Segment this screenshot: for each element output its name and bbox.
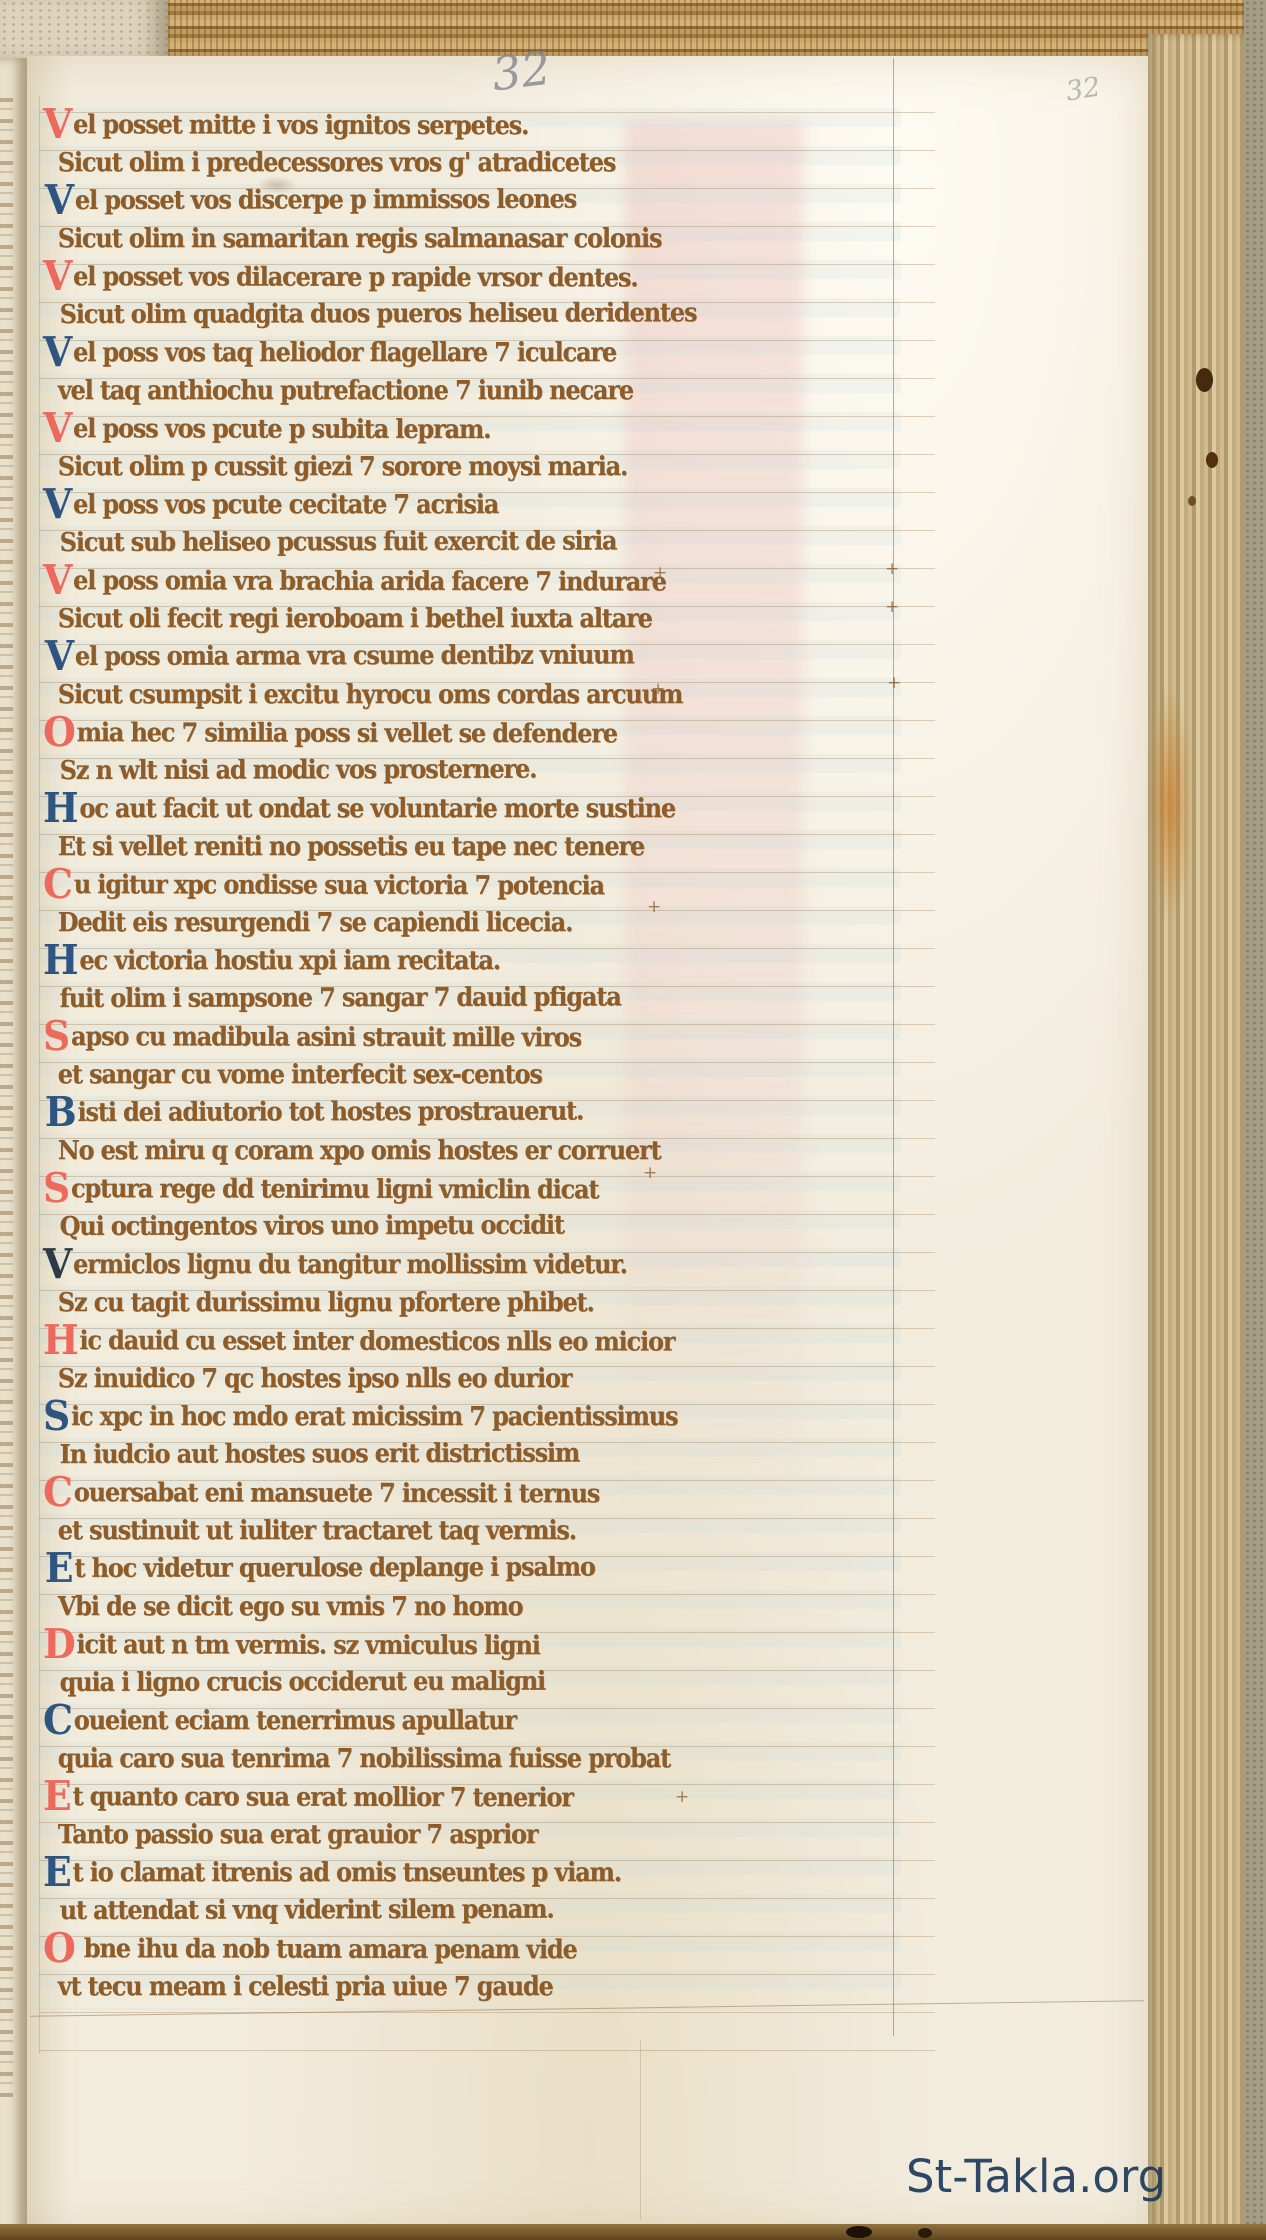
manuscript-line: Sz n wlt nisi ad modic vos prosternere. <box>45 750 855 790</box>
versal-initial: E <box>43 1781 71 1811</box>
versal-initial: H <box>43 793 78 823</box>
line-text: et sustinuit ut iuliter tractaret taq ve… <box>58 1516 576 1546</box>
versal-initial: O <box>43 1933 75 1963</box>
line-text: Vbi de se dicit ego su vmis 7 no homo <box>58 1592 523 1622</box>
line-text: In iudcio aut hostes suos erit districti… <box>60 1438 580 1469</box>
versal-initial: H <box>43 1325 78 1355</box>
line-text: Sicut olim quadgita duos pueros heliseu … <box>60 298 697 330</box>
manuscript-line: Hec victoria hostiu xpi iam recitata. <box>43 942 853 980</box>
versal-initial: S <box>43 1401 69 1431</box>
versal-initial: D <box>43 1629 75 1659</box>
manuscript-line: Couersabat eni mansuete 7 incessit i ter… <box>43 1474 853 1514</box>
page-number-corner: 32 <box>1064 72 1103 108</box>
manuscript-line: et sustinuit ut iuliter tractaret taq ve… <box>43 1512 853 1550</box>
manuscript-line: Sicut csumpsit i excitu hyrocu oms corda… <box>43 676 853 714</box>
manuscript-line: Vel posset vos dilacerare p rapide vrsor… <box>43 258 853 298</box>
line-text: Sz n wlt nisi ad modic vos prosternere. <box>60 755 537 786</box>
line-text: apso cu madibula asini strauit mille vir… <box>71 1022 581 1053</box>
manuscript-line: Et io clamat itrenis ad omis tnseuntes p… <box>43 1854 853 1892</box>
manuscript-line: Tanto passio sua erat grauior 7 asprior <box>43 1816 853 1854</box>
line-text: ermiclos lignu du tangitur mollissim vid… <box>73 1250 627 1280</box>
line-text: vt tecu meam i celesti pria uiue 7 gaude <box>58 1972 553 2002</box>
line-text: isti dei adiutorio tot hostes prostrauer… <box>77 1096 583 1127</box>
manuscript-line: Sz inuidico 7 qc hostes ipso nlls eo dur… <box>43 1360 853 1398</box>
manuscript-line: fuit olim i sampsone 7 sangar 7 dauid pf… <box>45 978 855 1018</box>
bottom-edge-dark-spot <box>918 2228 932 2238</box>
versal-initial: V <box>43 1249 71 1279</box>
manuscript-text: Vel posset mitte i vos ignitos serpetes.… <box>43 106 923 2006</box>
manuscript-line: vel taq anthiochu putrefactione 7 iunib … <box>43 372 853 410</box>
line-text: Sicut olim i predecessores vros g' atrad… <box>58 148 615 178</box>
page-number-center: 32 <box>489 41 554 102</box>
versal-initial: H <box>43 945 78 975</box>
manuscript-line: Dicit aut n tm vermis. sz vmiculus ligni <box>43 1626 853 1666</box>
manuscript-line: No est miru q coram xpo omis hostes er c… <box>43 1132 853 1170</box>
versal-initial: C <box>43 1705 72 1735</box>
manuscript-line: Vel poss vos pcute p subita lepram. <box>43 410 853 450</box>
manuscript-line: ut attendat si vnq viderint silem penam. <box>45 1890 855 1930</box>
line-text: oc aut facit ut ondat se voluntarie mort… <box>79 794 675 824</box>
line-text: Sicut olim in samaritan regis salmanasar… <box>58 224 662 254</box>
site-watermark: St-Takla.org <box>906 2150 1166 2203</box>
margin-cross-mark: + <box>643 1168 657 1178</box>
manuscript-line: Sicut sub heliseo pcussus fuit exercit d… <box>45 522 855 562</box>
book-bottom-edge <box>0 2224 1266 2240</box>
manuscript-line: Vel poss vos pcute cecitate 7 acrisia <box>43 486 853 524</box>
versal-initial: S <box>43 1021 69 1051</box>
fore-edge-dark-spot <box>1188 496 1196 506</box>
versal-initial: V <box>45 641 73 671</box>
line-text: el posset vos discerpe p immissos leones <box>75 184 576 215</box>
line-text: u igitur xpc ondisse sua victoria 7 pote… <box>74 870 604 901</box>
line-text: mia hec 7 similia poss si vellet se defe… <box>77 718 617 749</box>
line-text: el poss vos pcute p subita lepram. <box>73 414 490 445</box>
line-text: t hoc videtur querulose deplange i psalm… <box>74 1552 594 1583</box>
manuscript-line: Vel poss vos taq heliodor flagellare 7 i… <box>43 334 853 372</box>
manuscript-line: Bisti dei adiutorio tot hostes prostraue… <box>45 1092 855 1132</box>
parchment-page: Vel posset mitte i vos ignitos serpetes.… <box>27 56 1148 2232</box>
line-text: el poss vos pcute cecitate 7 acrisia <box>73 490 498 520</box>
manuscript-line: vt tecu meam i celesti pria uiue 7 gaude <box>43 1968 853 2006</box>
line-text: icit aut n tm vermis. sz vmiculus ligni <box>76 1630 539 1661</box>
manuscript-line: Sic xpc in hoc mdo erat micissim 7 pacie… <box>43 1398 853 1436</box>
manuscript-photo: Vel posset mitte i vos ignitos serpetes.… <box>0 0 1266 2240</box>
facing-page-sliver <box>0 58 27 2240</box>
line-text: Et si vellet reniti no possetis eu tape … <box>58 832 644 862</box>
line-text: Sicut olim p cussit giezi 7 sorore moysi… <box>58 452 627 482</box>
line-text: et sangar cu vome interfecit sex-centos <box>58 1060 542 1090</box>
manuscript-line: Dedit eis resurgendi 7 se capiendi licec… <box>43 904 853 942</box>
line-text: t quanto caro sua erat mollior 7 tenerio… <box>72 1782 572 1813</box>
manuscript-line: Vel poss omia vra brachia arida facere 7… <box>43 562 853 602</box>
line-text: ic xpc in hoc mdo erat micissim 7 pacien… <box>71 1402 677 1432</box>
versal-initial: O <box>43 717 75 747</box>
manuscript-line: Et quanto caro sua erat mollior 7 teneri… <box>43 1778 853 1818</box>
line-text: cptura rege dd tenirimu ligni vmiclin di… <box>71 1174 598 1205</box>
line-text: Tanto passio sua erat grauior 7 asprior <box>58 1820 538 1850</box>
line-text: Qui octingentos viros uno impetu occidit <box>60 1211 564 1242</box>
line-text: bne ihu da nob tuam amara penam vide <box>77 1934 577 1965</box>
manuscript-line: O bne ihu da nob tuam amara penam vide <box>43 1930 853 1970</box>
line-text: ic dauid cu esset inter domesticos nlls … <box>79 1326 674 1357</box>
manuscript-line: Sicut olim i predecessores vros g' atrad… <box>43 144 853 182</box>
line-text: el posset vos dilacerare p rapide vrsor … <box>73 262 638 293</box>
facing-page-text-specks <box>0 98 13 2098</box>
margin-cross-mark: + <box>885 564 899 574</box>
manuscript-line: Et hoc videtur querulose deplange i psal… <box>45 1548 855 1588</box>
line-text: Sz cu tagit durissimu lignu pfortere phi… <box>58 1288 594 1318</box>
line-text: Sicut sub heliseo pcussus fuit exercit d… <box>60 526 617 558</box>
line-text: ut attendat si vnq viderint silem penam. <box>60 1895 554 1926</box>
line-text: el poss vos taq heliodor flagellare 7 ic… <box>73 338 616 368</box>
versal-initial: V <box>43 109 71 139</box>
line-text: t io clamat itrenis ad omis tnseuntes p … <box>72 1858 620 1888</box>
manuscript-line: Omia hec 7 similia poss si vellet se def… <box>43 714 853 754</box>
manuscript-line: Scptura rege dd tenirimu ligni vmiclin d… <box>43 1170 853 1210</box>
margin-cross-mark: + <box>653 568 667 578</box>
manuscript-line: Coueient eciam tenerrimus apullatur <box>43 1702 853 1740</box>
manuscript-line: Sapso cu madibula asini strauit mille vi… <box>43 1018 853 1058</box>
versal-initial: E <box>45 1553 73 1583</box>
versal-initial: C <box>43 869 72 899</box>
manuscript-line: Sicut oli fecit regi ieroboam i bethel i… <box>43 600 853 638</box>
manuscript-line: Vbi de se dicit ego su vmis 7 no homo <box>43 1588 853 1626</box>
line-text: oueient eciam tenerrimus apullatur <box>74 1706 516 1736</box>
fore-edge-dark-spot <box>1196 368 1213 392</box>
manuscript-line: et sangar cu vome interfecit sex-centos <box>43 1056 853 1094</box>
fore-edge-orange-stain <box>1148 690 1192 920</box>
versal-initial: C <box>43 1477 72 1507</box>
line-text: Sicut csumpsit i excitu hyrocu oms corda… <box>58 680 682 710</box>
versal-initial: V <box>43 413 71 443</box>
manuscript-line: quia i ligno crucis occiderut eu maligni <box>45 1662 855 1702</box>
line-text: ouersabat eni mansuete 7 incessit i tern… <box>74 1478 599 1509</box>
versal-initial: B <box>45 1097 76 1127</box>
manuscript-line: Vel posset vos discerpe p immissos leone… <box>45 180 855 220</box>
line-text: quia i ligno crucis occiderut eu maligni <box>60 1667 546 1698</box>
manuscript-line: Sicut olim p cussit giezi 7 sorore moysi… <box>43 448 853 486</box>
manuscript-line: Et si vellet reniti no possetis eu tape … <box>43 828 853 866</box>
manuscript-line: In iudcio aut hostes suos erit districti… <box>45 1434 855 1474</box>
line-text: el posset mitte i vos ignitos serpetes. <box>73 110 528 141</box>
fore-edge-dark-spot <box>1206 452 1218 468</box>
versal-initial: S <box>43 1173 69 1203</box>
line-text: No est miru q coram xpo omis hostes er c… <box>58 1136 661 1166</box>
versal-initial: V <box>43 489 71 519</box>
manuscript-line: Sicut olim in samaritan regis salmanasar… <box>43 220 853 258</box>
margin-cross-mark: + <box>887 678 901 688</box>
left-margin-rule <box>39 96 40 2054</box>
manuscript-line: Vel posset mitte i vos ignitos serpetes. <box>43 106 853 146</box>
margin-cross-mark: + <box>885 602 899 612</box>
versal-initial: V <box>43 337 71 367</box>
manuscript-line: Sicut olim quadgita duos pueros heliseu … <box>45 294 855 334</box>
line-text: Dedit eis resurgendi 7 se capiendi licec… <box>58 908 573 938</box>
versal-initial: V <box>43 261 71 291</box>
margin-cross-mark: + <box>675 1792 689 1802</box>
line-text: el poss omia arma vra csume dentibz vniu… <box>75 640 634 672</box>
margin-cross-mark: + <box>647 902 661 912</box>
line-text: Sz inuidico 7 qc hostes ipso nlls eo dur… <box>58 1364 572 1394</box>
margin-cross-mark: + <box>651 684 665 694</box>
manuscript-line: Hic dauid cu esset inter domesticos nlls… <box>43 1322 853 1362</box>
manuscript-line: Qui octingentos viros uno impetu occidit <box>45 1206 855 1246</box>
line-text: Sicut oli fecit regi ieroboam i bethel i… <box>58 604 652 634</box>
versal-initial: V <box>43 565 71 595</box>
manuscript-line: Hoc aut facit ut ondat se voluntarie mor… <box>43 790 853 828</box>
manuscript-line: Cu igitur xpc ondisse sua victoria 7 pot… <box>43 866 853 906</box>
line-text: ec victoria hostiu xpi iam recitata. <box>79 946 500 976</box>
line-text: el poss omia vra brachia arida facere 7 … <box>73 566 666 597</box>
book-cover-edge <box>1244 0 1266 2240</box>
vertical-crease-line <box>640 2040 641 2220</box>
versal-initial: E <box>43 1857 71 1887</box>
line-text: quia caro sua tenrima 7 nobilissima fuis… <box>58 1744 670 1774</box>
bottom-edge-dark-spot <box>846 2226 872 2238</box>
line-text: vel taq anthiochu putrefactione 7 iunib … <box>58 376 633 406</box>
line-text: fuit olim i sampsone 7 sangar 7 dauid pf… <box>60 982 621 1014</box>
manuscript-line: Vel poss omia arma vra csume dentibz vni… <box>45 636 855 676</box>
manuscript-line: Sz cu tagit durissimu lignu pfortere phi… <box>43 1284 853 1322</box>
versal-initial: V <box>45 185 73 215</box>
manuscript-line: quia caro sua tenrima 7 nobilissima fuis… <box>43 1740 853 1778</box>
manuscript-line: Vermiclos lignu du tangitur mollissim vi… <box>43 1246 853 1284</box>
